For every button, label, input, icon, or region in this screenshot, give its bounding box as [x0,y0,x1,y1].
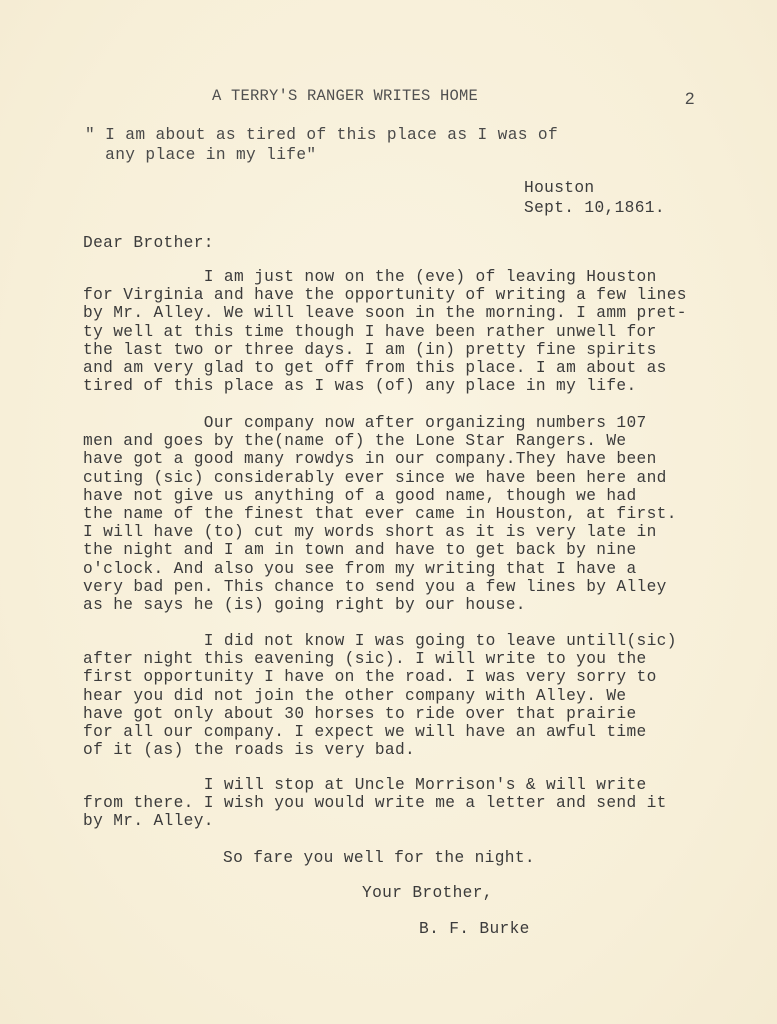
paragraph-line: by Mr. Alley. We will leave soon in the … [83,304,687,322]
paragraph-4: I will stop at Uncle Morrison's & will w… [83,776,667,831]
dateline-place: Houston [524,179,594,197]
epigraph-line: " I am about as tired of this place as I… [85,126,558,144]
page-number: 2 [685,89,694,109]
paragraph-line: have got a good many rowdys in our compa… [83,450,677,468]
paragraph-line: and am very glad to get off from this pl… [83,359,687,377]
paragraph-line: the last two or three days. I am (in) pr… [83,341,687,359]
salutation: Dear Brother: [83,234,214,252]
dateline-date: Sept. 10,1861. [524,199,665,217]
paragraph-line: after night this eavening (sic). I will … [83,650,677,668]
paragraph-line: first opportunity I have on the road. I … [83,668,677,686]
document-title: A TERRY'S RANGER WRITES HOME [212,87,478,105]
epigraph-line: any place in my life" [85,146,316,164]
paragraph-2: Our company now after organizing numbers… [83,414,677,614]
paragraph-line: very bad pen. This chance to send you a … [83,578,677,596]
paragraph-line: from there. I wish you would write me a … [83,794,667,812]
paragraph-line: for all our company. I expect we will ha… [83,723,677,741]
complimentary-close: Your Brother, [362,884,493,902]
paragraph-line: cuting (sic) considerably ever since we … [83,469,677,487]
paragraph-line: the night and I am in town and have to g… [83,541,677,559]
signature: B. F. Burke [419,920,530,938]
paragraph-line: have not give us anything of a good name… [83,487,677,505]
paragraph-3: I did not know I was going to leave unti… [83,632,677,759]
paragraph-line: o'clock. And also you see from my writin… [83,560,677,578]
paragraph-line: I am just now on the (eve) of leaving Ho… [83,268,687,286]
paragraph-line: I will stop at Uncle Morrison's & will w… [83,776,667,794]
paragraph-line: I will have (to) cut my words short as i… [83,523,677,541]
paragraph-line: of it (as) the roads is very bad. [83,741,677,759]
paragraph-line: Our company now after organizing numbers… [83,414,677,432]
paragraph-line: tired of this place as I was (of) any pl… [83,377,687,395]
paragraph-line: hear you did not join the other company … [83,687,677,705]
typewritten-letter-page: A TERRY'S RANGER WRITES HOME 2 " I am ab… [0,0,777,1024]
paragraph-line: men and goes by the(name of) the Lone St… [83,432,677,450]
paragraph-line: the name of the finest that ever came in… [83,505,677,523]
paragraph-line: have got only about 30 horses to ride ov… [83,705,677,723]
paragraph-1: I am just now on the (eve) of leaving Ho… [83,268,687,395]
farewell-line: So fare you well for the night. [223,849,535,867]
paragraph-line: for Virginia and have the opportunity of… [83,286,687,304]
paragraph-line: as he says he (is) going right by our ho… [83,596,677,614]
paragraph-line: ty well at this time though I have been … [83,323,687,341]
paragraph-line: I did not know I was going to leave unti… [83,632,677,650]
paragraph-line: by Mr. Alley. [83,812,667,830]
